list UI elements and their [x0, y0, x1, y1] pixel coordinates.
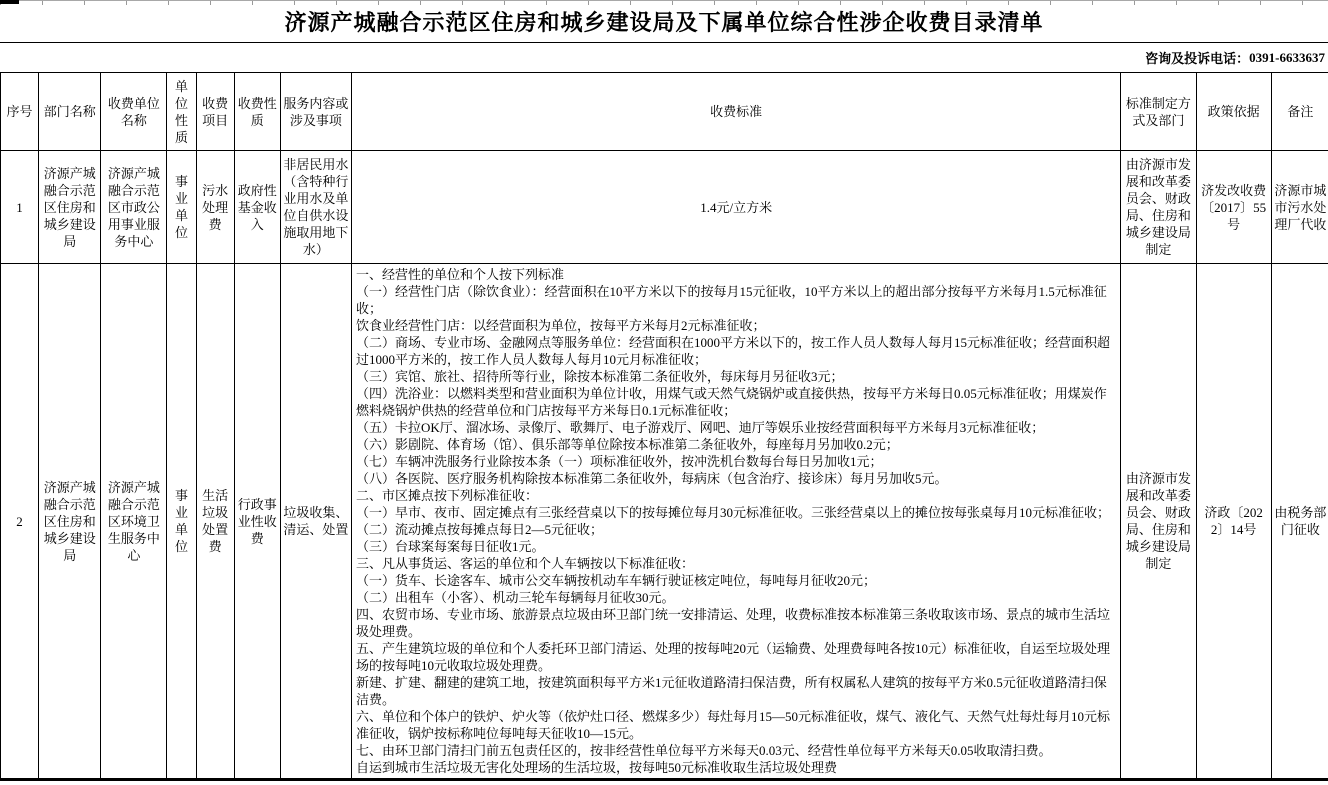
header-department: 部门名称	[39, 73, 101, 151]
cell-charge-unit: 济源产城融合示范区环境卫生服务中心	[101, 264, 167, 780]
header-remark: 备注	[1271, 73, 1328, 151]
document-title-bar: 济源产城融合示范区住房和城乡建设局及下属单位综合性涉企收费目录清单	[0, 0, 1328, 43]
cell-fee-item: 污水处理费	[196, 151, 234, 264]
header-seq: 序号	[1, 73, 39, 151]
contact-label: 咨询及投诉电话：	[1145, 48, 1249, 67]
cell-standard-maker: 由济源市发展和改革委员会、财政局、住房和城乡建设局制定	[1121, 264, 1196, 780]
top-gridline	[0, 0, 1328, 6]
cell-service-content: 垃圾收集、清运、处置	[280, 264, 351, 780]
cell-seq: 2	[1, 264, 39, 780]
header-charge-unit: 收费单位名称	[101, 73, 167, 151]
header-fee-standard: 收费标准	[351, 73, 1120, 151]
cell-fee-nature: 行政事业性收费	[234, 264, 280, 780]
cell-fee-item: 生活垃圾处置费	[196, 264, 234, 780]
cell-standard-maker: 由济源市发展和改革委员会、财政局、住房和城乡建设局制定	[1121, 151, 1196, 264]
cell-service-content: 非居民用水（含特种行业用水及单位自供水设施取用地下水）	[280, 151, 351, 264]
cell-seq: 1	[1, 151, 39, 264]
cell-charge-unit: 济源产城融合示范区市政公用事业服务中心	[101, 151, 167, 264]
top-border-segment	[0, 0, 19, 4]
cell-policy-basis: 济发改收费〔2017〕55号	[1196, 151, 1271, 264]
page-title: 济源产城融合示范区住房和城乡建设局及下属单位综合性涉企收费目录清单	[284, 6, 1043, 37]
header-fee-nature: 收费性质	[234, 73, 280, 151]
header-standard-maker: 标准制定方式及部门	[1121, 73, 1196, 151]
cell-policy-basis: 济政〔2022〕14号	[1196, 264, 1271, 780]
header-fee-item: 收费项目	[196, 73, 234, 151]
cell-fee-standard: 一、经营性的单位和个人按下列标准（一）经营性门店（除饮食业）：经营面积在10平方…	[351, 264, 1120, 780]
fee-catalog-table: 序号 部门名称 收费单位名称 单位性质 收费项目 收费性质 服务内容或涉及事项 …	[0, 72, 1328, 781]
cell-fee-standard: 1.4元/立方米	[351, 151, 1120, 264]
header-service-content: 服务内容或涉及事项	[280, 73, 351, 151]
header-policy-basis: 政策依据	[1196, 73, 1271, 151]
contact-phone-number: 0391-6633637	[1249, 50, 1325, 66]
header-unit-nature: 单位性质	[167, 73, 196, 151]
cell-department: 济源产城融合示范区住房和城乡建设局	[39, 264, 101, 780]
cell-remark: 济源市城市污水处理厂代收	[1271, 151, 1328, 264]
cell-fee-nature: 政府性基金收入	[234, 151, 280, 264]
table-row: 2 济源产城融合示范区住房和城乡建设局 济源产城融合示范区环境卫生服务中心 事业…	[1, 264, 1328, 780]
cell-remark: 由税务部门征收	[1271, 264, 1328, 780]
cell-unit-nature: 事业单位	[167, 264, 196, 780]
cell-department: 济源产城融合示范区住房和城乡建设局	[39, 151, 101, 264]
page: { "title": "济源产城融合示范区住房和城乡建设局及下属单位综合性涉企收…	[0, 0, 1328, 785]
contact-bar: 咨询及投诉电话： 0391-6633637	[0, 43, 1328, 72]
cell-unit-nature: 事业单位	[167, 151, 196, 264]
table-row: 1 济源产城融合示范区住房和城乡建设局 济源产城融合示范区市政公用事业服务中心 …	[1, 151, 1328, 264]
table-header-row: 序号 部门名称 收费单位名称 单位性质 收费项目 收费性质 服务内容或涉及事项 …	[1, 73, 1328, 151]
